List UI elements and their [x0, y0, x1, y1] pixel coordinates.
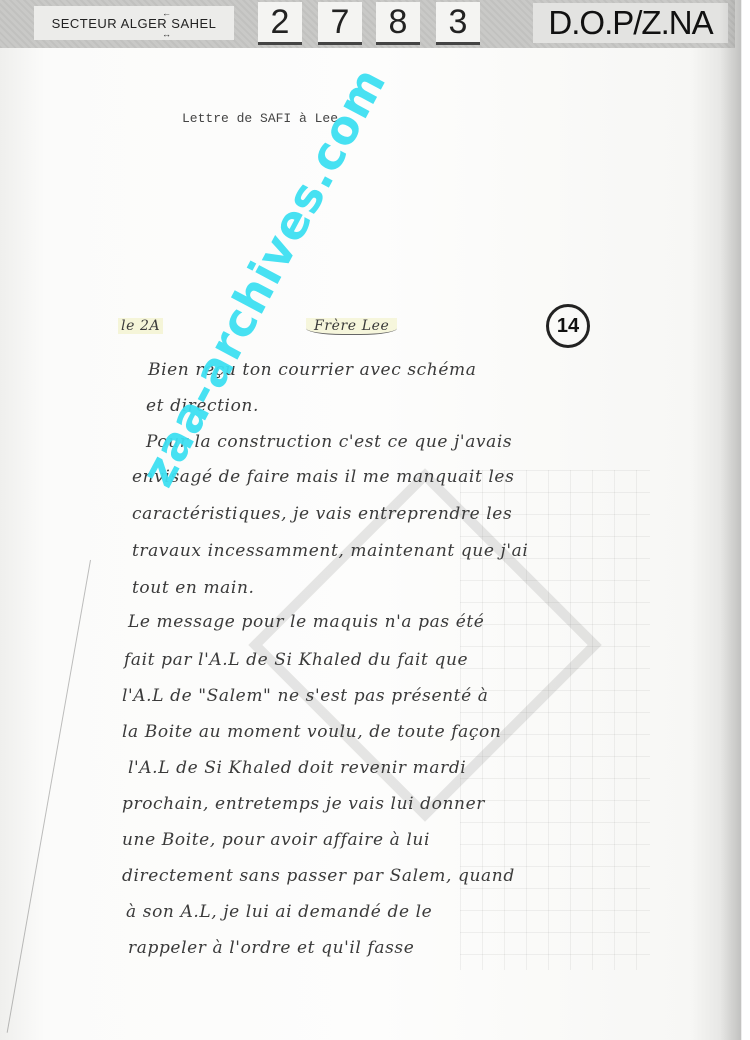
office-code: D.O.P/Z.NA — [533, 3, 728, 43]
archive-header-strip: ← SECTEUR ALGER SAHEL ↔ 2 7 8 3 D.O.P/Z.… — [0, 0, 735, 48]
paper-fold-line — [7, 560, 91, 1033]
letter-line: l'A.L de Si Khaled doit revenir mardi — [128, 758, 466, 778]
arrow-mark-icon: ↔ — [162, 29, 172, 39]
letter-line: tout en main. — [132, 578, 255, 598]
letter-line: travaux incessamment, maintenant que j'a… — [132, 541, 528, 561]
letter-line: rappeler à l'ordre et qu'il fasse — [128, 938, 414, 958]
letter-line: prochain, entretemps je vais lui donner — [122, 794, 485, 814]
letter-line: caractéristiques, je vais entreprendre l… — [132, 504, 512, 524]
file-number-digit: 8 — [376, 2, 420, 45]
file-number-digit: 3 — [436, 2, 480, 45]
letter-line: Le message pour le maquis n'a pas été — [128, 612, 484, 632]
page-number-circle: 14 — [546, 304, 590, 348]
scan-edge-shadow — [720, 0, 750, 1040]
letter-line: une Boite, pour avoir affaire à lui — [122, 830, 430, 850]
sector-text: SECTEUR ALGER SAHEL — [52, 16, 217, 31]
date-mark: le 2A — [118, 318, 163, 334]
letter-line: la Boite au moment voulu, de toute façon — [122, 722, 501, 742]
letter-line: l'A.L de "Salem" ne s'est pas présenté à — [122, 686, 488, 706]
file-number-digit: 7 — [318, 2, 362, 45]
scanned-document-page: ← SECTEUR ALGER SAHEL ↔ 2 7 8 3 D.O.P/Z.… — [0, 0, 750, 1040]
arrow-mark-icon: ← — [162, 8, 172, 18]
letter-line: fait par l'A.L de Si Khaled du fait que — [124, 650, 468, 670]
sector-label: ← SECTEUR ALGER SAHEL ↔ — [34, 6, 234, 40]
file-number-digit: 2 — [258, 2, 302, 45]
letter-line: directement sans passer par Salem, quand — [122, 866, 515, 886]
letter-line: à son A.L, je lui ai demandé de le — [126, 902, 432, 922]
salutation: Frère Lee — [306, 318, 397, 335]
